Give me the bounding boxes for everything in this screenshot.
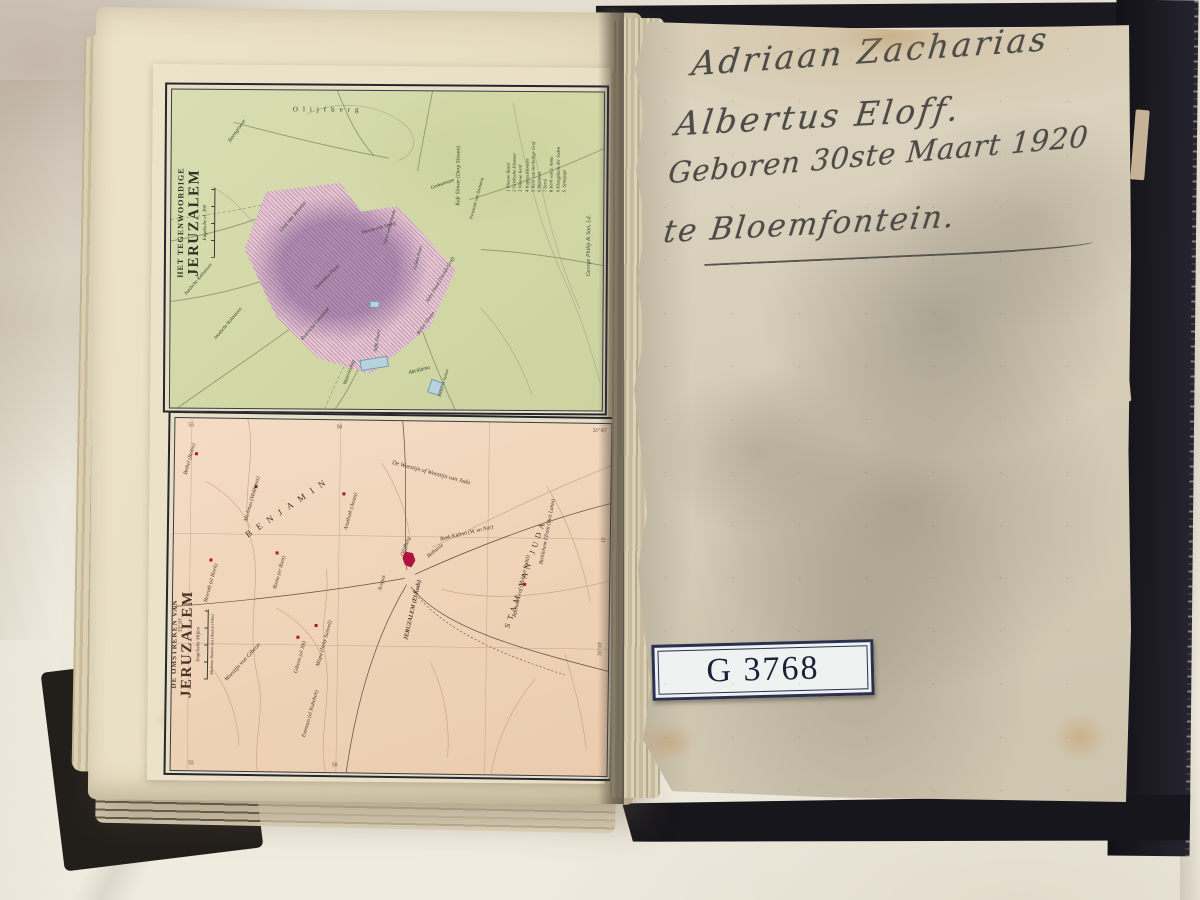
map-scale-label: Engelsche Mijlen xyxy=(195,564,202,724)
handwriting-line: te Bloemfontein. xyxy=(662,199,958,251)
right-endpaper-page: Adriaan Zacharias Albertus Eloff. Gebore… xyxy=(632,22,1132,802)
map-scale-value: 390 xyxy=(203,205,208,213)
handwriting-line: Geboren 30ste Maart 1920 xyxy=(667,119,1090,190)
town-dot xyxy=(342,492,345,495)
torn-paper-chip xyxy=(1130,109,1150,180)
map-area-top: HET TEGENWOORDIGE JERUZALEM Engelsche el… xyxy=(169,88,605,411)
pool-in-city xyxy=(369,301,379,308)
scale-bar xyxy=(211,188,215,258)
handwriting-line: Adriaan Zacharias xyxy=(690,19,1052,83)
map-scale-label: Engelsche el. xyxy=(203,214,208,241)
town-dot xyxy=(296,636,299,639)
publisher-credit: George Philip & Son, Ld. xyxy=(586,215,592,276)
graticule-label: 35°10' xyxy=(177,618,183,632)
map-area-bottom: DE OMSTREKEN VAN JERUZALEM Engelsche Mij… xyxy=(170,417,613,777)
graticule-label: 55 xyxy=(188,422,194,428)
page-stain xyxy=(1052,712,1108,762)
handwriting-underline-flourish xyxy=(704,237,1094,266)
map-de-omstreken-van-jeruzalem: DE OMSTREKEN VAN JERUZALEM Engelsche Mij… xyxy=(163,411,616,781)
gutter-shadow xyxy=(598,8,624,804)
legend-item: S. Synagoge xyxy=(562,92,569,192)
map-label: Kefr Silwan (Dorp Siloam) xyxy=(456,147,462,206)
graticule-label: 50 xyxy=(337,424,343,430)
handwriting-line: Albertus Eloff. xyxy=(673,89,963,143)
map-title-line1: HET TEGENWOORDIGE xyxy=(176,139,186,307)
map-legend: 1 Nieuwe Bazar 2 Grieksche Klooster 3 Ni… xyxy=(506,92,569,192)
graticule-label: 55 xyxy=(188,761,194,767)
catalog-sticker: G 3768 xyxy=(651,639,874,701)
town-dot xyxy=(276,551,279,554)
catalog-number: G 3768 xyxy=(657,645,868,694)
map-label: Olijfberg xyxy=(293,106,364,113)
town-dot xyxy=(315,624,318,627)
cover-scuffed-edge xyxy=(1186,0,1199,856)
photo-of-open-antique-book: HET TEGENWOORDIGE JERUZALEM Engelsche el… xyxy=(0,0,1200,900)
map-het-tegenwoordige-jeruzalem: HET TEGENWOORDIGE JERUZALEM Engelsche el… xyxy=(163,82,609,415)
town-dot xyxy=(209,558,212,561)
map-linework xyxy=(171,418,612,776)
graticule-label: 50 xyxy=(332,763,338,769)
map-title-block: DE OMSTREKEN VAN JERUZALEM Engelsche Mij… xyxy=(170,564,232,725)
